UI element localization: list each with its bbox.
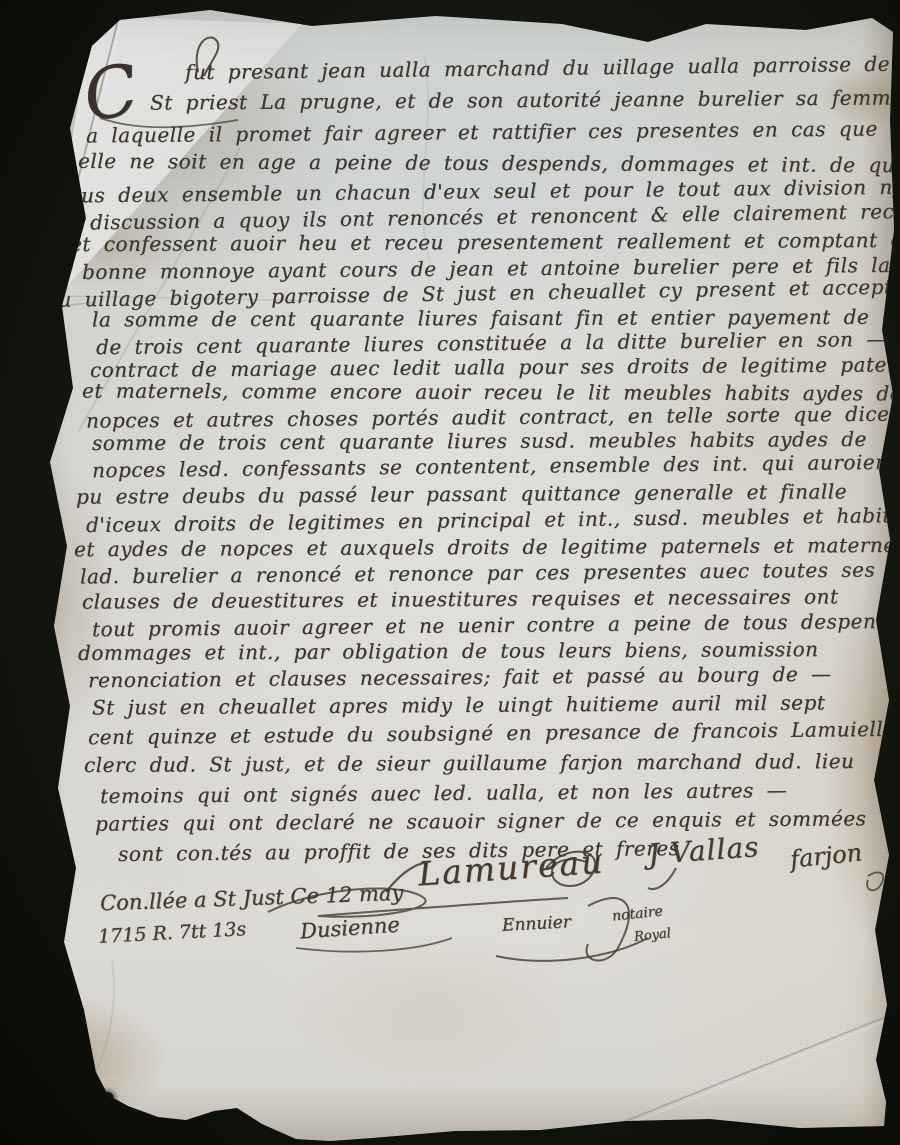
manuscript-line: et aydes de nopces et auxquels droits de… [74,535,900,559]
manuscript-line: somme de trois cent quarante liures susd… [92,429,867,453]
manuscript-line: pu estre deubs du passé leur passant qui… [76,481,847,506]
manuscript-text: C fut presant jean ualla marchand du uil… [0,0,900,1145]
manuscript-line: fut presant jean ualla marchand du uilla… [185,54,890,83]
photograph-background: C fut presant jean ualla marchand du uil… [0,0,900,1145]
manuscript-line: cent quinze et estude du soubsigné en pr… [88,719,896,747]
manuscript-line: clauses de deuestitures et inuestitures … [82,586,839,611]
manuscript-line: contract de mariage auec ledit ualla pou… [90,354,900,380]
manuscript-line: la somme de cent quarante liures faisant… [92,307,900,330]
manuscript-line: St just en cheuallet apres midy le uingt… [92,692,825,717]
manuscript-line: temoins qui ont signés auec led. ualla, … [100,780,787,806]
manuscript-line: renonciation et clauses necessaires; fai… [88,664,832,690]
manuscript-line: et maternels, comme encore auoir receu l… [82,381,900,404]
manuscript-line: clerc dud. St just, et de sieur guillaum… [84,751,854,775]
signature-farjon: farjon [789,838,864,873]
manuscript-line: a laquelle il promet fair agreer et ratt… [86,119,878,146]
manuscript-line: tout promis auoir agreer et ne uenir con… [92,611,900,639]
control-note-line1: Con.llée a St Just Ce 12 may [100,881,404,916]
signature-j-vallas: J Vallas [647,830,760,871]
signature-greffier: Dusienne [299,913,400,944]
manuscript-line: elle ne soit en age a peine de tous desp… [78,151,900,175]
manuscript-paper-sheet: C fut presant jean ualla marchand du uil… [0,0,900,1145]
manuscript-line: d'iceux droits de legitimes en principal… [86,505,900,535]
manuscript-line: et confessent auoir heu et receu present… [70,230,900,254]
notary-title-line1: notaire [611,903,663,924]
notary-title-line2: Royal [633,926,671,945]
manuscript-line: dommages et int., par obligation de tous… [78,639,819,663]
manuscript-line: lad. burelier a renoncé et renonce par c… [80,560,875,587]
control-note-line2: 1715 R. 7tt 13s [98,918,247,948]
manuscript-line: nopces lesd. confessants se contentent, … [92,452,897,480]
manuscript-line: St priest La prugne, et de son autorité … [150,87,900,112]
signature-notary: Ennuier [502,912,572,936]
